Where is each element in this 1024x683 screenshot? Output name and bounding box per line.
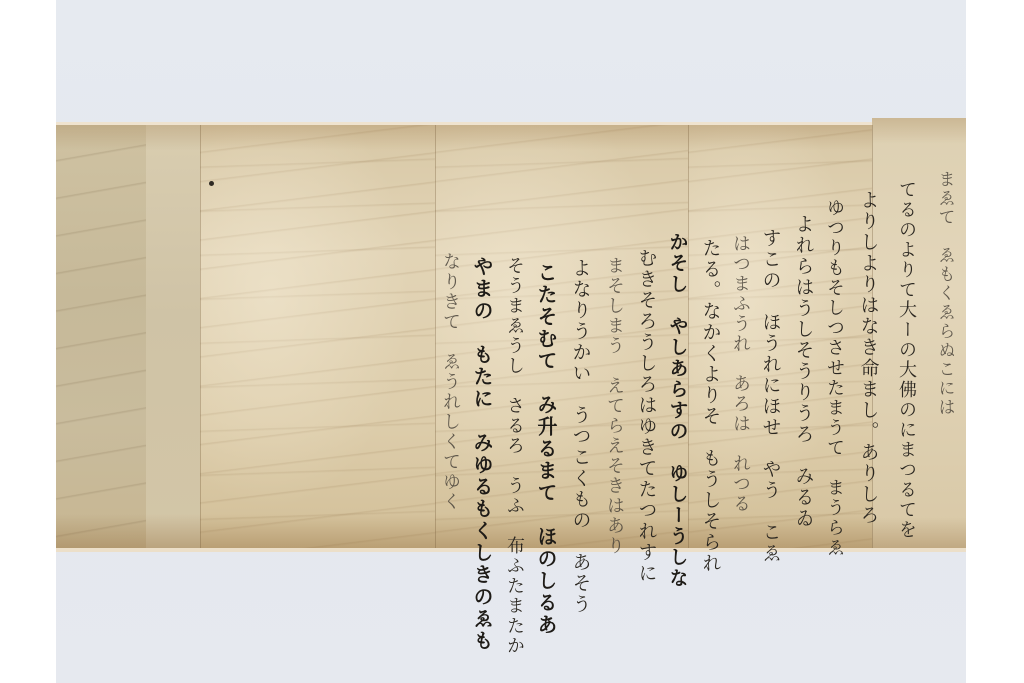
text-column: よなりうかい うつこくもの あそう: [571, 258, 590, 615]
sheet-join-line: [200, 125, 201, 548]
text-column: ゆつりもそしつさせたまうて まうらゑ: [825, 198, 843, 558]
text-column: そうまゑうし さるろ うふ 布ふたまたか: [505, 256, 523, 656]
text-column: まゑて ゑもくゑらぬこには: [936, 170, 953, 417]
text-column: てるのよりて大ーの大佛のにまつるてを: [897, 180, 915, 540]
text-column: なりきて ゑうれしくてゆく: [441, 252, 459, 512]
text-column: やまの もたに みゆるもくしきのゑも: [472, 256, 492, 652]
ink-dot-mark: [209, 181, 214, 186]
scroll-translucent-strip: [146, 125, 200, 548]
text-column: こたそむて み升るまて ほのしるあ: [536, 262, 556, 636]
text-column: まそしまう えてらえそきはあり: [605, 256, 623, 556]
text-column: むきそろうしろはゆきてたつれすに: [637, 248, 656, 584]
scroll-mounting-panel: [56, 125, 146, 548]
text-column: はつまふうれ あろは れつる: [731, 234, 749, 514]
text-column: かそし やしあらすの ゆしーうしな: [668, 232, 687, 589]
text-column: よりしよりはなき命まし。ありしろ: [859, 190, 878, 526]
sheet-join-line: [435, 125, 436, 548]
text-column: たる。なかくよりそ もうしそられ: [701, 238, 720, 574]
text-column: よれらはうしそうりうろ みるゐ: [794, 214, 813, 529]
text-column: すこの ほうれにほせ やう こゑ: [761, 228, 780, 564]
scroll-sheet-1: [200, 125, 435, 548]
